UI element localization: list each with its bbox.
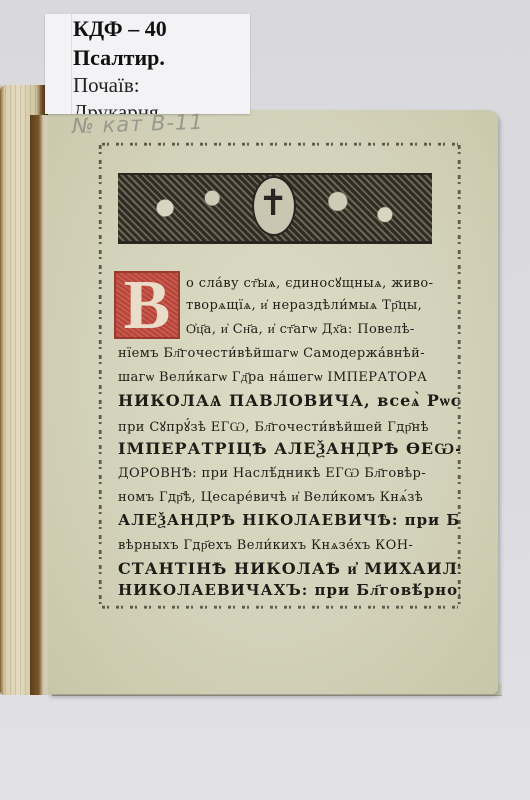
text-line-14: НИКОЛАЕВИЧАХЪ: при Бл҃говѣ́рномъ [118,581,460,600]
drop-cap-letter: В [116,273,178,337]
place-of-printing: Почаїв: [73,73,140,98]
text-line-13: СТАНТІНѢ НИКОЛАѢ и҆ МИХАИЛѢ [118,559,460,579]
book-title: Псалтир. [73,45,165,71]
text-line-8: ІМПЕРАТРІЦѢ АЛЕѮАНДРѢ ѲЕѠ- [118,439,460,459]
text-line-7: при Сꙋпрꙋ́зѣ ЕГѠ, Бл҃гочести́вѣйшей Гдр҃… [118,417,460,435]
text-line-1: о сла́ву ст҃ыѧ, єдиносꙋщныѧ, живо- [186,273,458,291]
text-line-2: творѧщїѧ, и҆ нераздѣли́мыѧ Тр҃цы, [186,297,458,313]
pencil-inventory-note: № кат В-11 [72,110,204,139]
text-line-3: Ѻ҆ц҃а, и҆ Сн҃а, и҆ ст҃агѡ Дх҃а: Повелѣ- [186,321,458,337]
text-line-6: НИКОЛАѦ ПАВЛОВИЧА, всеѧ̀ Рѡсїи, [118,391,460,411]
text-line-4: нїемъ Бл҃гочести́вѣйшагѡ Самодержа́внѣй- [118,345,460,361]
text-line-9: ДОРОВНѢ: при Наслѣ́дникѣ ЕГѠ Бл҃говѣр- [118,465,460,481]
catalog-label-card: КДФ – 40 Псалтир. Почаїв: Друкарня [45,14,250,114]
cross-icon: ✝ [258,177,286,231]
text-line-10: номъ Гдр҃ѣ, Цесаре́вичѣ и҆ Вели́комъ Кнѧ… [118,489,460,505]
text-line-11: АЛЕѮАНДРѢ НІКОЛАЕВИЧѢ: при Бл҃го- [118,511,460,530]
red-drop-cap: В [114,271,180,339]
text-line-5: шагѡ Вели́кагѡ Гд҃ра на́шегѡ ІМПЕРАТОРА [118,369,460,385]
text-line-12: вѣрныхъ Гдр҃ехъ Вели́кихъ Кнѧзе́хъ КОН- [118,537,460,553]
catalog-number: КДФ – 40 [73,16,167,42]
